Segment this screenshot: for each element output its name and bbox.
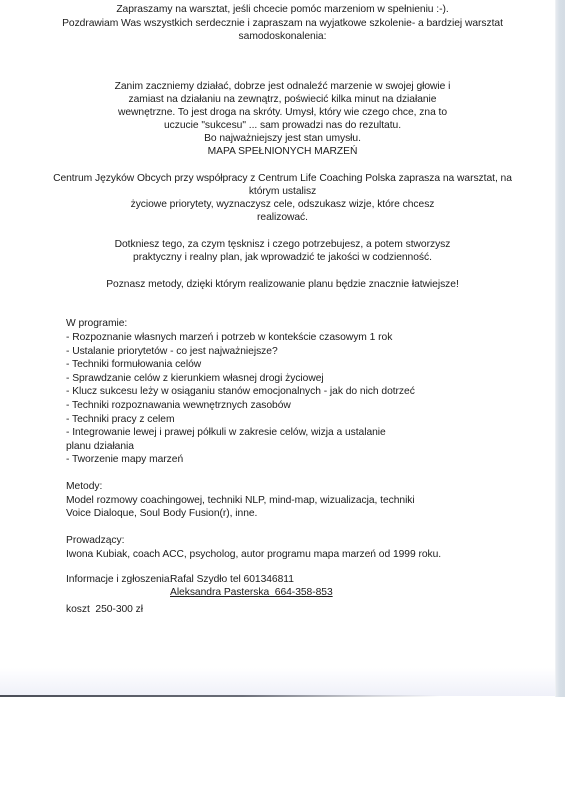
invitation-line: życiowe priorytety, wyznaczysz cele, ods… [0,198,565,211]
program-item: - Tworzenie mapy marzeń [66,453,183,466]
methods-line: Voice Dialoque, Soul Body Fusion(r), inn… [66,507,257,520]
motto-line: Bo najważniejszy jest stan umysłu. [0,132,565,145]
program-item: - Techniki formułowania celów [66,358,201,371]
contact-label: Informacje i zgłoszenia: [66,573,172,586]
benefits-line: Dotkniesz tego, za czym tęsknisz i czego… [0,238,565,251]
program-heading: W programie: [66,317,127,330]
program-item: - Ustalanie priorytetów - co jest najważ… [66,345,278,358]
program-item: planu działania [66,440,134,453]
methods-line: Model rozmowy coachingowej, techniki NLP… [66,494,415,507]
invitation-line: Centrum Języków Obcych przy współpracy z… [0,172,565,185]
contact-person-1: Rafal Szydło tel 601346811 [170,573,294,586]
benefits-methods-line: Poznasz metody, dzięki którym realizowan… [0,278,565,291]
document-title: MAPA SPEŁNIONYCH MARZEŃ [0,145,565,158]
program-item: - Sprawdzanie celów z kierunkiem własnej… [66,372,324,385]
trainer-line: Iwona Kubiak, coach ACC, psycholog, auto… [66,548,441,561]
motto-line: wewnętrzne. To jest droga na skróty. Umy… [0,106,565,119]
motto-line: zamiast na działaniu na zewnątrz, poświe… [0,93,565,106]
motto-line: uczucie "sukcesu" ... sam prowadzi nas d… [0,119,565,132]
invitation-line: realizować. [0,211,565,224]
cost-line: koszt 250-300 zł [66,603,143,616]
intro-line-1: Zapraszamy na warsztat, jeśli chcecie po… [0,3,565,16]
program-item: - Rozpoznanie własnych marzeń i potrzeb … [66,331,392,344]
contact-person-2: Aleksandra Pasterska 664-358-853 [170,586,333,599]
program-item: - Klucz sukcesu leży w osiąganiu stanów … [66,385,415,398]
intro-line-3: samodoskonalenia: [0,30,565,43]
scan-bottom-shade [0,668,555,696]
benefits-line: praktyczny i realny plan, jak wprowadzić… [0,251,565,264]
program-item: - Techniki rozpoznawania wewnętrznych za… [66,399,291,412]
trainer-heading: Prowadzący: [66,534,124,547]
invitation-line: którym ustalisz [0,185,565,198]
methods-heading: Metody: [66,480,102,493]
program-item: - Techniki pracy z celem [66,413,174,426]
motto-line: Zanim zaczniemy działać, dobrze jest odn… [0,80,565,93]
scanned-page: Zapraszamy na warsztat, jeśli chcecie po… [0,0,565,800]
intro-line-2: Pozdrawiam Was wszystkich serdecznie i z… [0,17,565,30]
program-item: - Integrowanie lewej i prawej półkuli w … [66,426,386,439]
scan-bottom-edge-line [0,695,440,697]
